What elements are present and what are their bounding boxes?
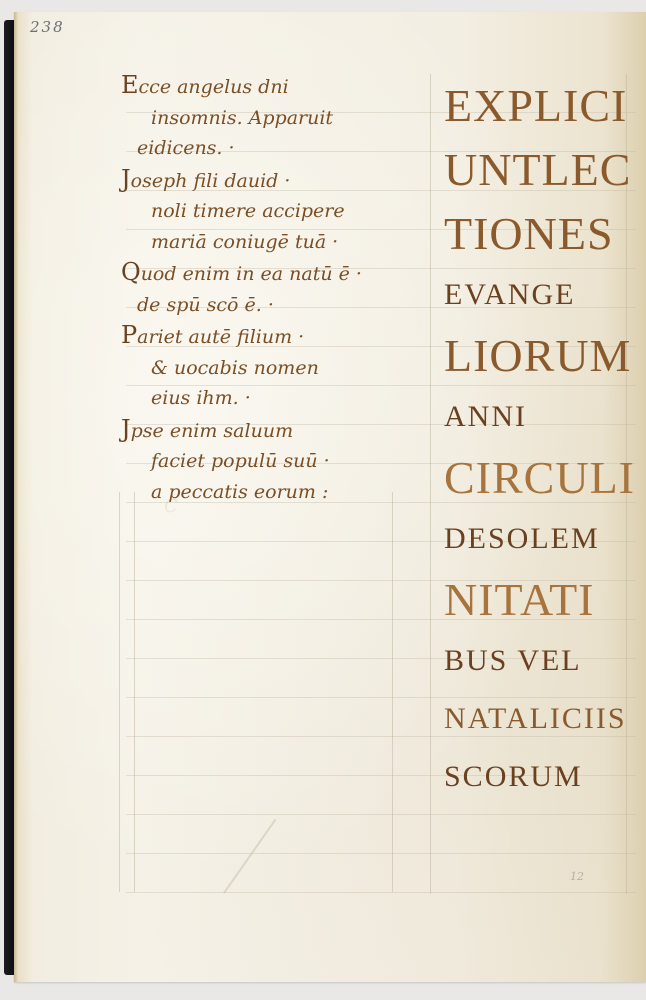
rubric-line: EVANGE (444, 266, 646, 324)
ruling-margin-left (119, 492, 120, 892)
text-line: a peccatis eorum : (121, 477, 401, 508)
text-line: Jpse enim saluum (121, 414, 401, 447)
text-line: noli timere accipere (121, 196, 401, 227)
rubric-line: NATALICIIS (444, 690, 646, 748)
text-line: faciet populū suū · (121, 446, 401, 477)
text-line: & uocabis nomen (121, 353, 401, 384)
text-line: insomnis. Apparuit (121, 103, 401, 134)
ruling-margin-left-inner (134, 492, 135, 892)
show-through-text: C (164, 492, 414, 642)
text-line: eius ihm. · (121, 383, 401, 414)
text-line: Joseph fili dauid · (121, 164, 401, 197)
rubric-line: UNTLEC (444, 138, 646, 202)
text-line: de spū scō ē. · (121, 290, 401, 321)
text-line: Quod enim in ea natū ē · (121, 257, 401, 290)
rubric-line: TIONES (444, 202, 646, 266)
text-line: mariā coniugē tuā · (121, 227, 401, 258)
text-line: Pariet autē filium · (121, 320, 401, 353)
ruling-margin-right-col (430, 74, 431, 894)
rubric-line: NITATI (444, 568, 646, 632)
left-column-text: Ecce angelus dni insomnis. Apparuit eidi… (121, 70, 401, 507)
explicit-rubric: EXPLICI UNTLEC TIONES EVANGE LIORUM ANNI… (444, 74, 646, 806)
text-line: Ecce angelus dni (121, 70, 401, 103)
rubric-line: CIRCULI (444, 446, 646, 510)
folio-number: 238 (30, 18, 65, 36)
page-edge (14, 12, 18, 982)
rubric-line: DESOLEM (444, 510, 646, 568)
text-line: eidicens. · (121, 133, 401, 164)
pencil-mark: 12 (570, 870, 584, 883)
rubric-line: SCORUM (444, 748, 646, 806)
manuscript-page: 238 C Ecce angelus dni insomnis. Apparui… (14, 12, 646, 982)
rubric-line: ANNI (444, 388, 646, 446)
rubric-line: EXPLICI (444, 74, 646, 138)
rubric-line: LIORUM (444, 324, 646, 388)
rubric-line: BUS VEL (444, 632, 646, 690)
page-crease (223, 819, 276, 894)
